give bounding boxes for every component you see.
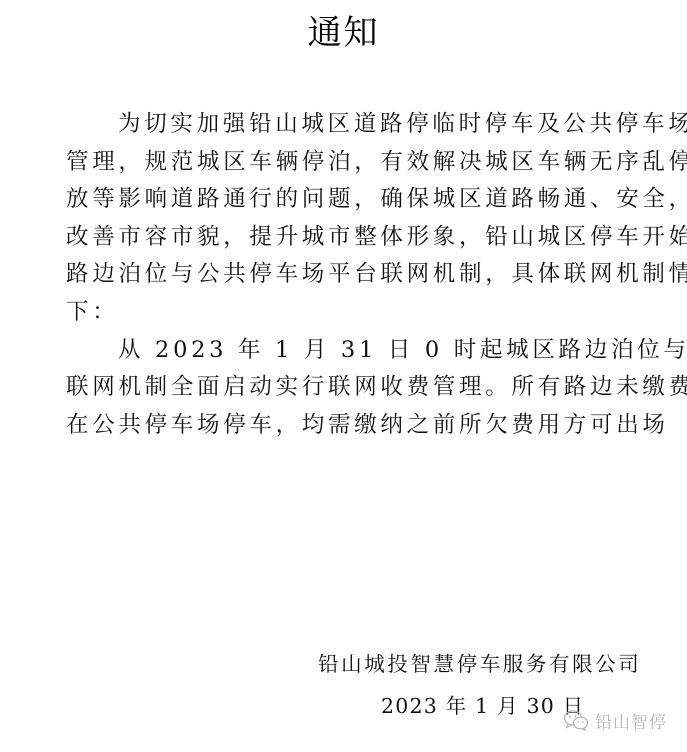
paragraph-1: 为切实加强铅山城区道路停临时停车及公共停车场地 管理，规范城区车辆停泊，有效解决… (66, 106, 626, 332)
paragraph-line: 路边泊位与公共停车场平台联网机制，具体联网机制情况如 (66, 256, 626, 294)
paragraph-line: 改善市容市貌，提升城市整体形象，铅山城区停车开始实行 (66, 219, 626, 257)
paragraph-2: 从 2023 年 1 月 31 日 0 时起城区路边泊位与公共停车场 联网机制全… (66, 332, 626, 445)
wechat-icon (563, 709, 589, 731)
signature-organization: 铅山城投智慧停车服务有限公司 (318, 646, 618, 683)
paragraph-line: 为切实加强铅山城区道路停临时停车及公共停车场地 (66, 106, 626, 144)
paragraph-line: 放等影响道路通行的问题，确保城区道路畅通、安全，切实 (66, 181, 626, 219)
watermark: 铅山智停 (563, 706, 667, 734)
paragraph-line: 在公共停车场停车，均需缴纳之前所欠费用方可出场 (66, 407, 626, 445)
signature-date: 2023 年 1 月 30 日 (381, 688, 584, 725)
paragraph-line: 管理，规范城区车辆停泊，有效解决城区车辆无序乱停、乱 (66, 144, 626, 182)
notice-title: 通知 (0, 8, 687, 58)
paragraph-line: 下： (66, 294, 626, 332)
notice-body: 为切实加强铅山城区道路停临时停车及公共停车场地 管理，规范城区车辆停泊，有效解决… (66, 106, 626, 444)
paragraph-line: 联网机制全面启动实行联网收费管理。所有路边未缴费车辆， (66, 369, 626, 407)
paragraph-line: 从 2023 年 1 月 31 日 0 时起城区路边泊位与公共停车场 (66, 332, 626, 370)
watermark-label: 铅山智停 (595, 708, 667, 733)
